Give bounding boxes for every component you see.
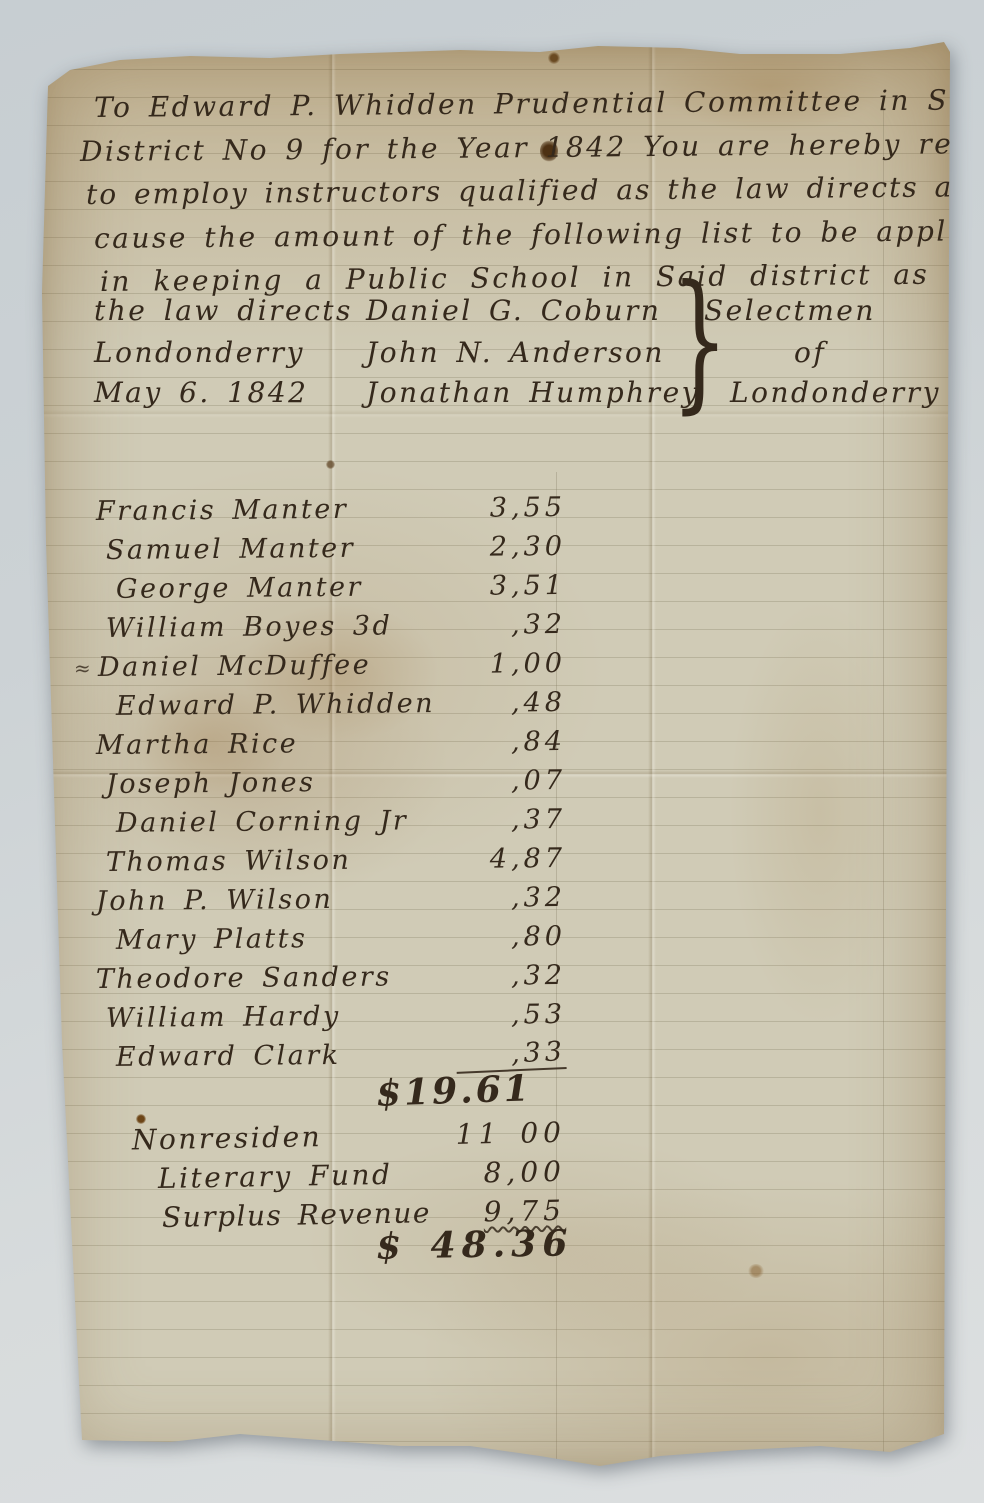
amount-value: ,37 (456, 804, 566, 836)
stain-spot (748, 1264, 764, 1278)
signers-role: Selectmen (704, 294, 876, 327)
payee-name: William Boyes 3d (106, 610, 456, 644)
signers-role: of (794, 336, 826, 369)
signer-name: Jonathan Humphrey (366, 376, 700, 409)
payee-name: Francis Manter (96, 493, 456, 527)
ink-blot (548, 52, 560, 64)
ledger-row: William Boyes 3d,32 (96, 609, 566, 652)
payee-name: Edward P. Whidden (116, 688, 456, 722)
assessment-list: Francis Manter3,55 Samuel Manter2,30 Geo… (96, 494, 566, 1079)
payee-name: Samuel Manter (106, 532, 456, 566)
amount-value: ,32 (456, 609, 566, 641)
amount-value: ,80 (456, 921, 566, 953)
payee-name: Theodore Sanders (96, 961, 456, 995)
letter-line: the law directs (94, 294, 353, 327)
amount-value: ,32 (456, 960, 566, 992)
amount-value: ,48 (456, 687, 566, 719)
signers-role: Londonderry (730, 376, 941, 409)
ledger-row: William Hardy,53 (96, 999, 566, 1042)
vertical-rule-line (883, 102, 884, 1472)
amount-value: ,32 (456, 882, 566, 914)
amount-value: 8,00 (450, 1155, 567, 1190)
letter-line: District No 9 for the Year 1842 You are … (80, 122, 904, 173)
payee-name: Daniel McDuffee (98, 649, 456, 683)
payee-name: George Manter (116, 571, 456, 605)
additions-list: Nonresiden11 00 Literary Fund8,00 Surplu… (96, 1120, 566, 1237)
ledger-row: George Manter3,51 (96, 570, 566, 613)
fund-name: Literary Fund (158, 1157, 451, 1195)
amount-value: ,53 (456, 999, 566, 1031)
payee-name: Edward Clark (116, 1039, 456, 1073)
ledger-row: Daniel Corning Jr,37 (96, 804, 566, 847)
letter-line: to employ instructors qualified as the l… (86, 166, 904, 217)
curly-brace: } (671, 266, 728, 416)
amount-value: 2,30 (456, 531, 566, 563)
ledger-row: Samuel Manter2,30 (96, 531, 566, 574)
letter-line: To Edward P. Whidden Prudential Committe… (94, 79, 904, 130)
ledger-row: John P. Wilson,32 (96, 882, 566, 925)
ledger-row: Joseph Jones,07 (96, 765, 566, 808)
amount-value: 3,51 (456, 570, 566, 602)
payee-name: William Hardy (106, 1000, 456, 1034)
ledger-row: ≈Daniel McDuffee1,00 (96, 648, 566, 691)
fund-name: Nonresiden (132, 1118, 451, 1157)
ledger-row: Thomas Wilson4,87 (96, 843, 566, 886)
letter-body: To Edward P. Whidden Prudential Committe… (94, 86, 904, 304)
ledger-row: Martha Rice,84 (96, 726, 566, 769)
place-name: Londonderry (94, 336, 305, 369)
date: May 6. 1842 (94, 376, 308, 409)
ledger-row: Mary Platts,80 (96, 921, 566, 964)
ledger-row: Theodore Sanders,32 (96, 960, 566, 1003)
amount-value: 3,55 (456, 492, 566, 524)
ledger-row: Edward P. Whidden,48 (96, 687, 566, 730)
amount-value: ,07 (456, 765, 566, 797)
horizontal-fold-crease (40, 410, 950, 418)
grand-total-amount: $ 48.36 (376, 1222, 574, 1267)
payee-name: Mary Platts (116, 922, 456, 956)
letter-line: cause the amount of the following list t… (94, 209, 904, 260)
signer-name: John N. Anderson (366, 336, 665, 369)
payee-name: Joseph Jones (106, 766, 456, 800)
signer-name: Daniel G. Coburn (366, 294, 661, 327)
amount-value: ,84 (456, 726, 566, 758)
amount-value: 11 00 (450, 1116, 567, 1151)
payee-name: John P. Wilson (96, 883, 456, 917)
subtotal-amount: $19.61 (375, 1067, 532, 1114)
ledger-row: Francis Manter3,55 (96, 492, 566, 535)
amount-value: 4,87 (456, 843, 566, 875)
payee-name: Martha Rice (96, 727, 456, 761)
payee-name: Thomas Wilson (106, 844, 456, 878)
payee-name: Daniel Corning Jr (116, 805, 456, 839)
margin-mark: ≈ (74, 656, 93, 680)
photo-background: To Edward P. Whidden Prudential Committe… (40, 42, 950, 1472)
document-paper: To Edward P. Whidden Prudential Committe… (40, 42, 950, 1472)
amount-value: 1,00 (456, 648, 566, 680)
